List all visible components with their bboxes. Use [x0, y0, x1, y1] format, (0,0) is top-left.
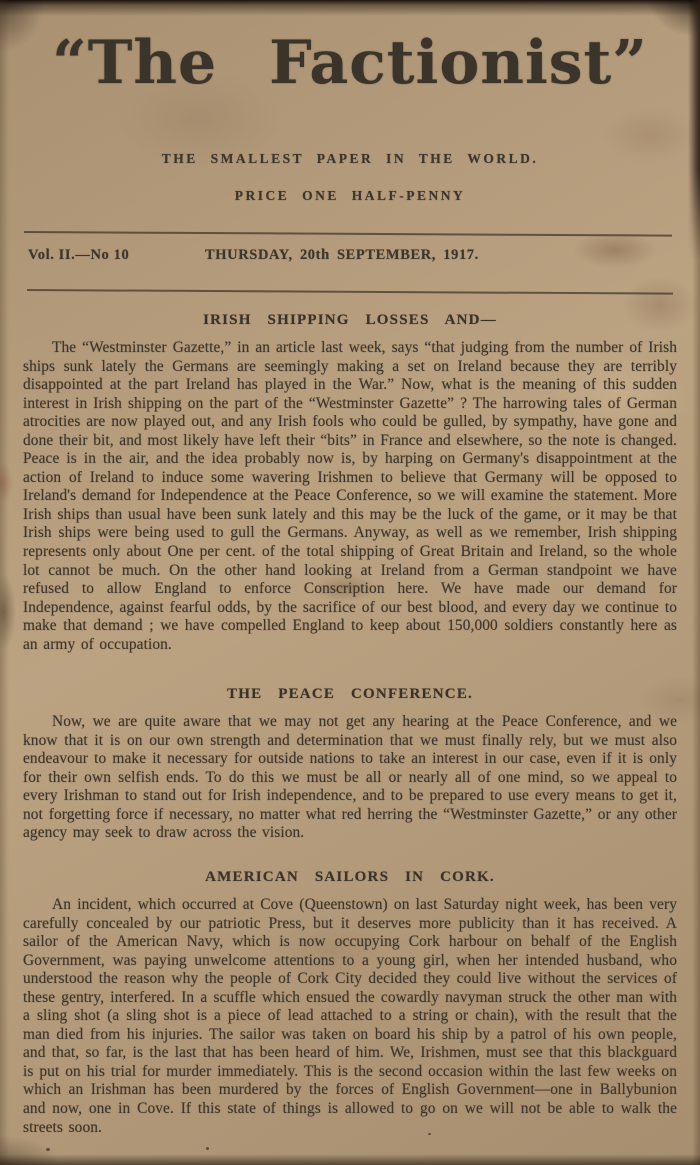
ink-speck — [46, 1148, 50, 1151]
masthead-tagline: THE SMALLEST PAPER IN THE WORLD. — [0, 151, 700, 167]
divider-rule-bottom — [27, 289, 673, 295]
scan-edge-left-shadow — [0, 0, 9, 1165]
scan-edge-bottom-shadow — [0, 1153, 700, 1165]
masthead-title: “The Factionist” — [0, 30, 700, 96]
issue-date: THURSDAY, 20th SEPTEMBER, 1917. — [205, 247, 479, 264]
article-heading: IRISH SHIPPING LOSSES AND— — [23, 312, 677, 329]
volume-number: Vol. II.—No 10 — [28, 247, 129, 264]
article-american-sailors-in-cork: AMERICAN SAILORS IN CORK. An incident, w… — [23, 869, 677, 1137]
scan-edge-right-shadow — [692, 0, 700, 1165]
newspaper-page: “The Factionist” THE SMALLEST PAPER IN T… — [0, 0, 700, 1165]
divider-rule-top — [24, 231, 672, 237]
scan-edge-top-shadow — [0, 0, 700, 18]
article-heading: AMERICAN SAILORS IN CORK. — [23, 869, 677, 886]
article-peace-conference: THE PEACE CONFERENCE. Now, we are quite … — [23, 686, 677, 843]
article-heading: THE PEACE CONFERENCE. — [23, 686, 677, 703]
masthead-price: PRICE ONE HALF-PENNY — [0, 188, 700, 204]
article-body: An incident, which occurred at Cove (Que… — [23, 896, 677, 1137]
article-body: Now, we are quite aware that we may not … — [23, 713, 677, 843]
article-irish-shipping-losses: IRISH SHIPPING LOSSES AND— The “Westmins… — [23, 312, 677, 654]
ink-speck — [206, 1147, 209, 1150]
ink-speck — [428, 1133, 431, 1135]
article-body: The “Westminster Gazette,” in an article… — [23, 339, 677, 654]
volume-date-line: Vol. II.—No 10 THURSDAY, 20th SEPTEMBER,… — [0, 247, 700, 269]
